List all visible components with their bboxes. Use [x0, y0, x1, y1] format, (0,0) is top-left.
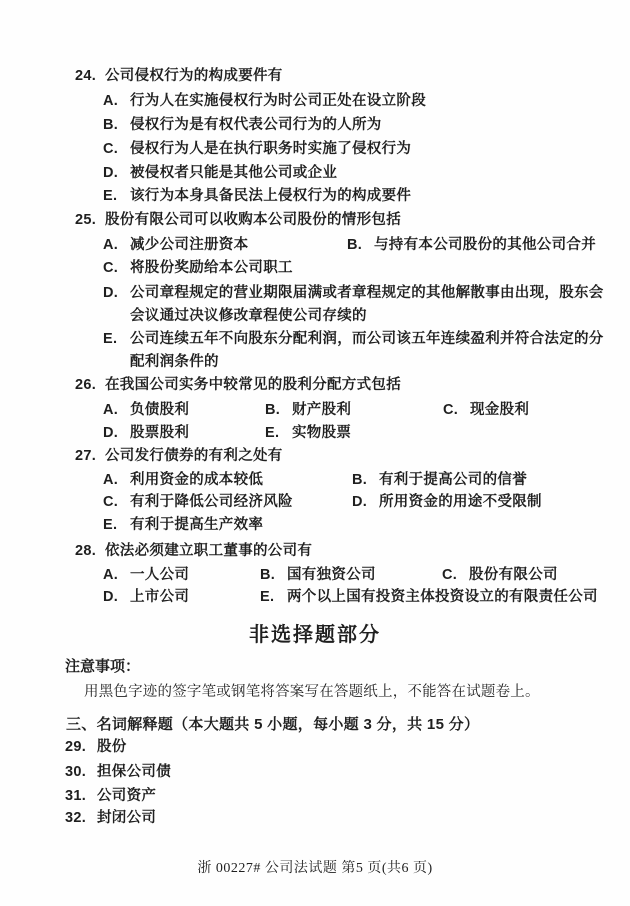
question-28-stem: 28. 依法必须建立职工董事的公司有: [75, 543, 312, 560]
part3-item-30: 30. 担保公司债: [65, 764, 171, 781]
option-24-c-label: C.: [103, 141, 130, 158]
option-27-e: E. 有利于提高生产效率: [103, 517, 263, 534]
question-24-number: 24.: [75, 68, 105, 85]
option-25-e-label: E.: [103, 328, 130, 374]
question-26-stem-text: 在我国公司实务中较常见的股利分配方式包括: [105, 377, 401, 394]
option-24-d-label: D.: [103, 165, 130, 182]
option-26-d-label: D.: [103, 425, 130, 442]
option-25-d: D. 公司章程规定的营业期限届满或者章程规定的其他解散事由出现，股东会会议通过决…: [103, 282, 605, 328]
option-24-a: A. 行为人在实施侵权行为时公司正处在设立阶段: [103, 93, 426, 110]
option-26-d: D. 股票股利: [103, 425, 189, 442]
question-25-stem: 25. 股份有限公司可以收购本公司股份的情形包括: [75, 212, 401, 229]
option-28-d: D. 上市公司: [103, 589, 189, 606]
option-27-a-label: A.: [103, 472, 130, 489]
question-26-number: 26.: [75, 377, 105, 394]
option-25-b-text: 与持有本公司股份的其他公司合并: [374, 237, 596, 254]
option-24-d-text: 被侵权者只能是其他公司或企业: [130, 165, 337, 182]
question-26-stem: 26. 在我国公司实务中较常见的股利分配方式包括: [75, 377, 401, 394]
option-24-d: D. 被侵权者只能是其他公司或企业: [103, 165, 337, 182]
option-26-d-text: 股票股利: [130, 425, 189, 442]
option-28-d-text: 上市公司: [130, 589, 189, 606]
question-27-stem: 27. 公司发行债券的有利之处有: [75, 448, 283, 465]
part3-item-31-number: 31.: [65, 788, 97, 805]
question-28-stem-text: 依法必须建立职工董事的公司有: [105, 543, 312, 560]
option-26-e: E. 实物股票: [265, 425, 351, 442]
option-26-b-label: B.: [265, 402, 292, 419]
option-28-a: A. 一人公司: [103, 567, 189, 584]
option-25-e: E. 公司连续五年不向股东分配利润，而公司该五年连续盈利并符合法定的分配利润条件…: [103, 328, 605, 374]
part3-item-32: 32. 封闭公司: [65, 810, 156, 827]
part3-item-29-number: 29.: [65, 739, 97, 756]
notice-title: 注意事项：: [65, 655, 140, 676]
option-27-a-text: 利用资金的成本较低: [130, 472, 263, 489]
option-25-e-text: 公司连续五年不向股东分配利润，而公司该五年连续盈利并符合法定的分配利润条件的: [130, 328, 605, 374]
option-28-a-text: 一人公司: [130, 567, 189, 584]
question-27-stem-text: 公司发行债券的有利之处有: [105, 448, 283, 465]
option-25-b: B. 与持有本公司股份的其他公司合并: [347, 237, 596, 254]
option-28-c: C. 股份有限公司: [442, 567, 558, 584]
part3-item-32-number: 32.: [65, 810, 97, 827]
option-25-b-label: B.: [347, 237, 374, 254]
option-28-b: B. 国有独资公司: [260, 567, 376, 584]
option-26-a-label: A.: [103, 402, 130, 419]
option-24-c-text: 侵权行为人是在执行职务时实施了侵权行为: [130, 141, 411, 158]
option-26-c-label: C.: [443, 402, 470, 419]
part3-title: 三、名词解释题（本大题共 5 小题，每小题 3 分，共 15 分）: [66, 713, 479, 734]
notice-body: 用黑色字迹的签字笔或钢笔将答案写在答题纸上，不能答在试题卷上。: [84, 680, 540, 701]
part3-item-31-text: 公司资产: [97, 788, 156, 805]
option-24-b-label: B.: [103, 117, 130, 134]
option-24-b: B. 侵权行为是有权代表公司行为的人所为: [103, 117, 382, 134]
option-27-d-label: D.: [352, 494, 379, 511]
option-25-d-label: D.: [103, 282, 130, 328]
option-26-a: A. 负债股利: [103, 402, 189, 419]
option-26-e-label: E.: [265, 425, 292, 442]
option-27-c-text: 有利于降低公司经济风险: [130, 494, 293, 511]
option-27-d-text: 所用资金的用途不受限制: [379, 494, 542, 511]
option-28-d-label: D.: [103, 589, 130, 606]
part3-item-29-text: 股份: [97, 739, 127, 756]
option-24-a-text: 行为人在实施侵权行为时公司正处在设立阶段: [130, 93, 426, 110]
option-28-c-label: C.: [442, 567, 469, 584]
option-26-b-text: 财产股利: [292, 402, 351, 419]
part3-item-32-text: 封闭公司: [97, 810, 156, 827]
option-25-a-label: A.: [103, 237, 130, 254]
option-28-e-label: E.: [260, 589, 287, 606]
option-25-d-text: 公司章程规定的营业期限届满或者章程规定的其他解散事由出现，股东会会议通过决议修改…: [130, 282, 605, 328]
option-27-e-text: 有利于提高生产效率: [130, 517, 263, 534]
option-28-e: E. 两个以上国有投资主体投资设立的有限责任公司: [260, 589, 598, 606]
option-27-b: B. 有利于提高公司的信誉: [352, 472, 527, 489]
option-24-a-label: A.: [103, 93, 130, 110]
section-header: 非选择题部分: [0, 618, 630, 647]
option-26-e-text: 实物股票: [292, 425, 351, 442]
part3-item-31: 31. 公司资产: [65, 788, 156, 805]
option-27-b-text: 有利于提高公司的信誉: [379, 472, 527, 489]
option-28-c-text: 股份有限公司: [469, 567, 558, 584]
option-25-a-text: 减少公司注册资本: [130, 237, 248, 254]
question-28-number: 28.: [75, 543, 105, 560]
option-24-e-text: 该行为本身具备民法上侵权行为的构成要件: [130, 188, 411, 205]
option-26-c: C. 现金股利: [443, 402, 529, 419]
option-25-c-text: 将股份奖励给本公司职工: [130, 260, 293, 277]
part3-item-30-number: 30.: [65, 764, 97, 781]
option-24-b-text: 侵权行为是有权代表公司行为的人所为: [130, 117, 382, 134]
option-27-c: C. 有利于降低公司经济风险: [103, 494, 293, 511]
option-28-a-label: A.: [103, 567, 130, 584]
option-26-b: B. 财产股利: [265, 402, 351, 419]
question-25-stem-text: 股份有限公司可以收购本公司股份的情形包括: [105, 212, 401, 229]
option-26-a-text: 负债股利: [130, 402, 189, 419]
option-26-c-text: 现金股利: [470, 402, 529, 419]
question-27-number: 27.: [75, 448, 105, 465]
option-25-c-label: C.: [103, 260, 130, 277]
option-24-e: E. 该行为本身具备民法上侵权行为的构成要件: [103, 188, 411, 205]
question-25-number: 25.: [75, 212, 105, 229]
option-28-b-label: B.: [260, 567, 287, 584]
option-25-a: A. 减少公司注册资本: [103, 237, 248, 254]
option-27-b-label: B.: [352, 472, 379, 489]
question-24-stem-text: 公司侵权行为的构成要件有: [105, 68, 283, 85]
option-28-b-text: 国有独资公司: [287, 567, 376, 584]
part3-item-30-text: 担保公司债: [97, 764, 171, 781]
question-24-stem: 24. 公司侵权行为的构成要件有: [75, 68, 283, 85]
option-24-e-label: E.: [103, 188, 130, 205]
option-27-c-label: C.: [103, 494, 130, 511]
page-footer: 浙 00227# 公司法试题 第5 页(共6 页): [0, 857, 630, 877]
part3-item-29: 29. 股份: [65, 739, 127, 756]
exam-page: 24. 公司侵权行为的构成要件有 A. 行为人在实施侵权行为时公司正处在设立阶段…: [0, 0, 630, 906]
option-27-e-label: E.: [103, 517, 130, 534]
option-24-c: C. 侵权行为人是在执行职务时实施了侵权行为: [103, 141, 411, 158]
option-27-d: D. 所用资金的用途不受限制: [352, 494, 542, 511]
option-28-e-text: 两个以上国有投资主体投资设立的有限责任公司: [287, 589, 598, 606]
option-27-a: A. 利用资金的成本较低: [103, 472, 263, 489]
option-25-c: C. 将股份奖励给本公司职工: [103, 260, 293, 277]
